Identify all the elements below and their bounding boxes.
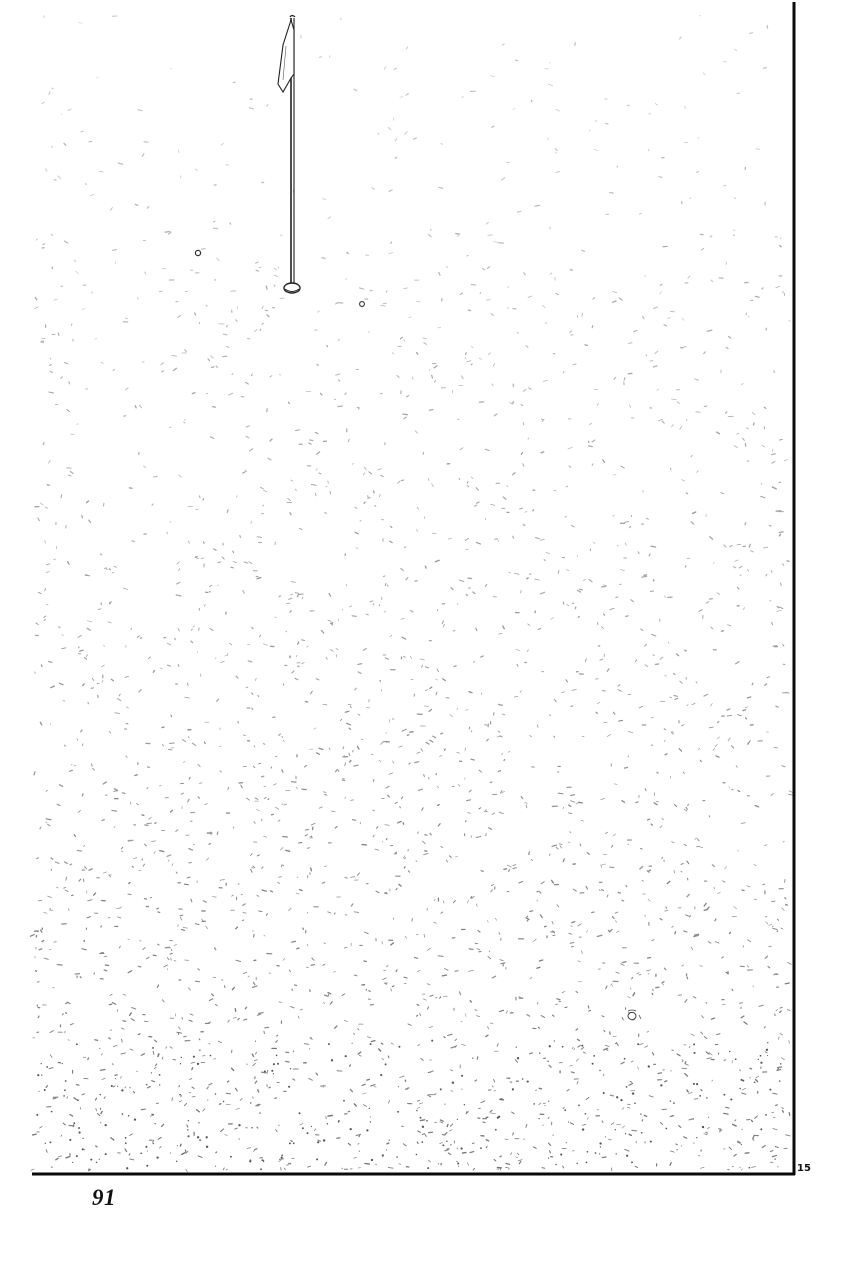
- green-scene: [0, 0, 852, 1280]
- page-number: 91: [92, 1185, 116, 1211]
- grass-texture: [30, 16, 793, 1172]
- chapter-page-number: 15: [797, 1163, 811, 1174]
- manga-panel: 91 15: [0, 0, 852, 1280]
- flag-icon: [278, 16, 295, 286]
- cup-icon: [284, 283, 300, 293]
- ball-icon: [195, 250, 641, 1019]
